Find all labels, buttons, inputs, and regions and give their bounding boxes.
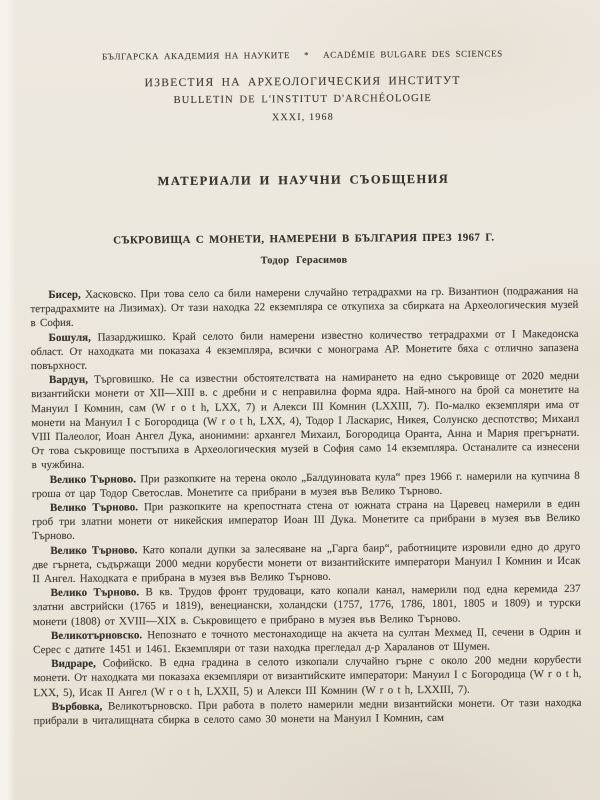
academy-name-line: БЪЛГАРСКА АКАДЕМИЯ НА НАУКИТЕ*ACADÉMIE B… <box>28 48 576 62</box>
entry-text: Пазарджишко. Край селото били намерени и… <box>31 327 579 372</box>
journal-header: БЪЛГАРСКА АКАДЕМИЯ НА НАУКИТЕ*ACADÉMIE B… <box>28 48 577 125</box>
locality-name: Велико Търново. <box>50 544 137 557</box>
section-title: МАТЕРИАЛИ И НАУЧНИ СЪОБЩЕНИЯ <box>29 171 577 190</box>
academy-name-fr: ACADÉMIE BULGARE DES SCIENCES <box>323 48 503 59</box>
treasure-entry: Видраре, Софийско. В една градина в село… <box>33 653 581 700</box>
treasure-entry: Бошуля, Пазарджишко. Край селото били на… <box>31 326 579 373</box>
locality-name: Бисер, <box>48 289 80 301</box>
treasure-entry: Вардун, Търговишко. Не са известни обсто… <box>31 369 580 473</box>
entry-text: Великотърновско. При работа в полето нам… <box>34 697 582 728</box>
treasure-entry: Великотърновско. Непознато е точното мес… <box>33 625 581 658</box>
entry-text: Търговишко. Не са известни обстоятелства… <box>31 370 580 472</box>
journal-title-bg: ИЗВЕСТИЯ НА АРХЕОЛОГИЧЕСКИЯ ИНСТИТУТ <box>29 74 577 90</box>
locality-name: Велико Търново. <box>50 473 136 486</box>
page-content: БЪЛГАРСКА АКАДЕМИЯ НА НАУКИТЕ*ACADÉMIE B… <box>28 0 582 728</box>
entry-text: Софийско. В една градина в селото изкопа… <box>33 654 581 699</box>
journal-title-fr: BULLETIN DE L'INSTITUT D'ARCHÉOLOGIE <box>29 92 577 107</box>
locality-name: Велико Търново. <box>51 587 140 600</box>
article-body: Бисер, Хасковско. При това село са били … <box>30 284 581 729</box>
locality-name: Вардун, <box>49 374 88 386</box>
article-title: СЪКРОВИЩА С МОНЕТИ, НАМЕРЕНИ В БЪЛГАРИЯ … <box>30 231 578 247</box>
treasure-entry: Върбовка, Великотърновско. При работа в … <box>33 696 581 729</box>
locality-name: Велико Търново. <box>50 501 138 514</box>
scanned-journal-page: БЪЛГАРСКА АКАДЕМИЯ НА НАУКИТЕ*ACADÉMIE B… <box>0 0 600 800</box>
separator-asterisk-icon: * <box>290 50 323 60</box>
volume-year: XXXI, 1968 <box>29 110 577 125</box>
treasure-entry: Велико Търново. В кв. Трудов фронт трудо… <box>33 582 581 629</box>
locality-name: Великотърновско. <box>51 629 142 642</box>
locality-name: Бошуля, <box>49 331 91 343</box>
treasure-entry: Велико Търново. При разкопките на крепос… <box>32 497 580 544</box>
article-author: Тодор Герасимов <box>30 253 578 268</box>
locality-name: Видраре, <box>51 658 96 670</box>
treasure-entry: Велико Търново. Като копали дупки за зал… <box>32 539 580 586</box>
entry-text: Хасковско. При това село са били намерен… <box>30 285 578 330</box>
locality-name: Върбовка, <box>51 700 102 712</box>
treasure-entry: Велико Търново. При разкопките на терена… <box>32 468 580 501</box>
treasure-entry: Бисер, Хасковско. При това село са били … <box>30 284 578 331</box>
academy-name-bg: БЪЛГАРСКА АКАДЕМИЯ НА НАУКИТЕ <box>102 50 290 61</box>
